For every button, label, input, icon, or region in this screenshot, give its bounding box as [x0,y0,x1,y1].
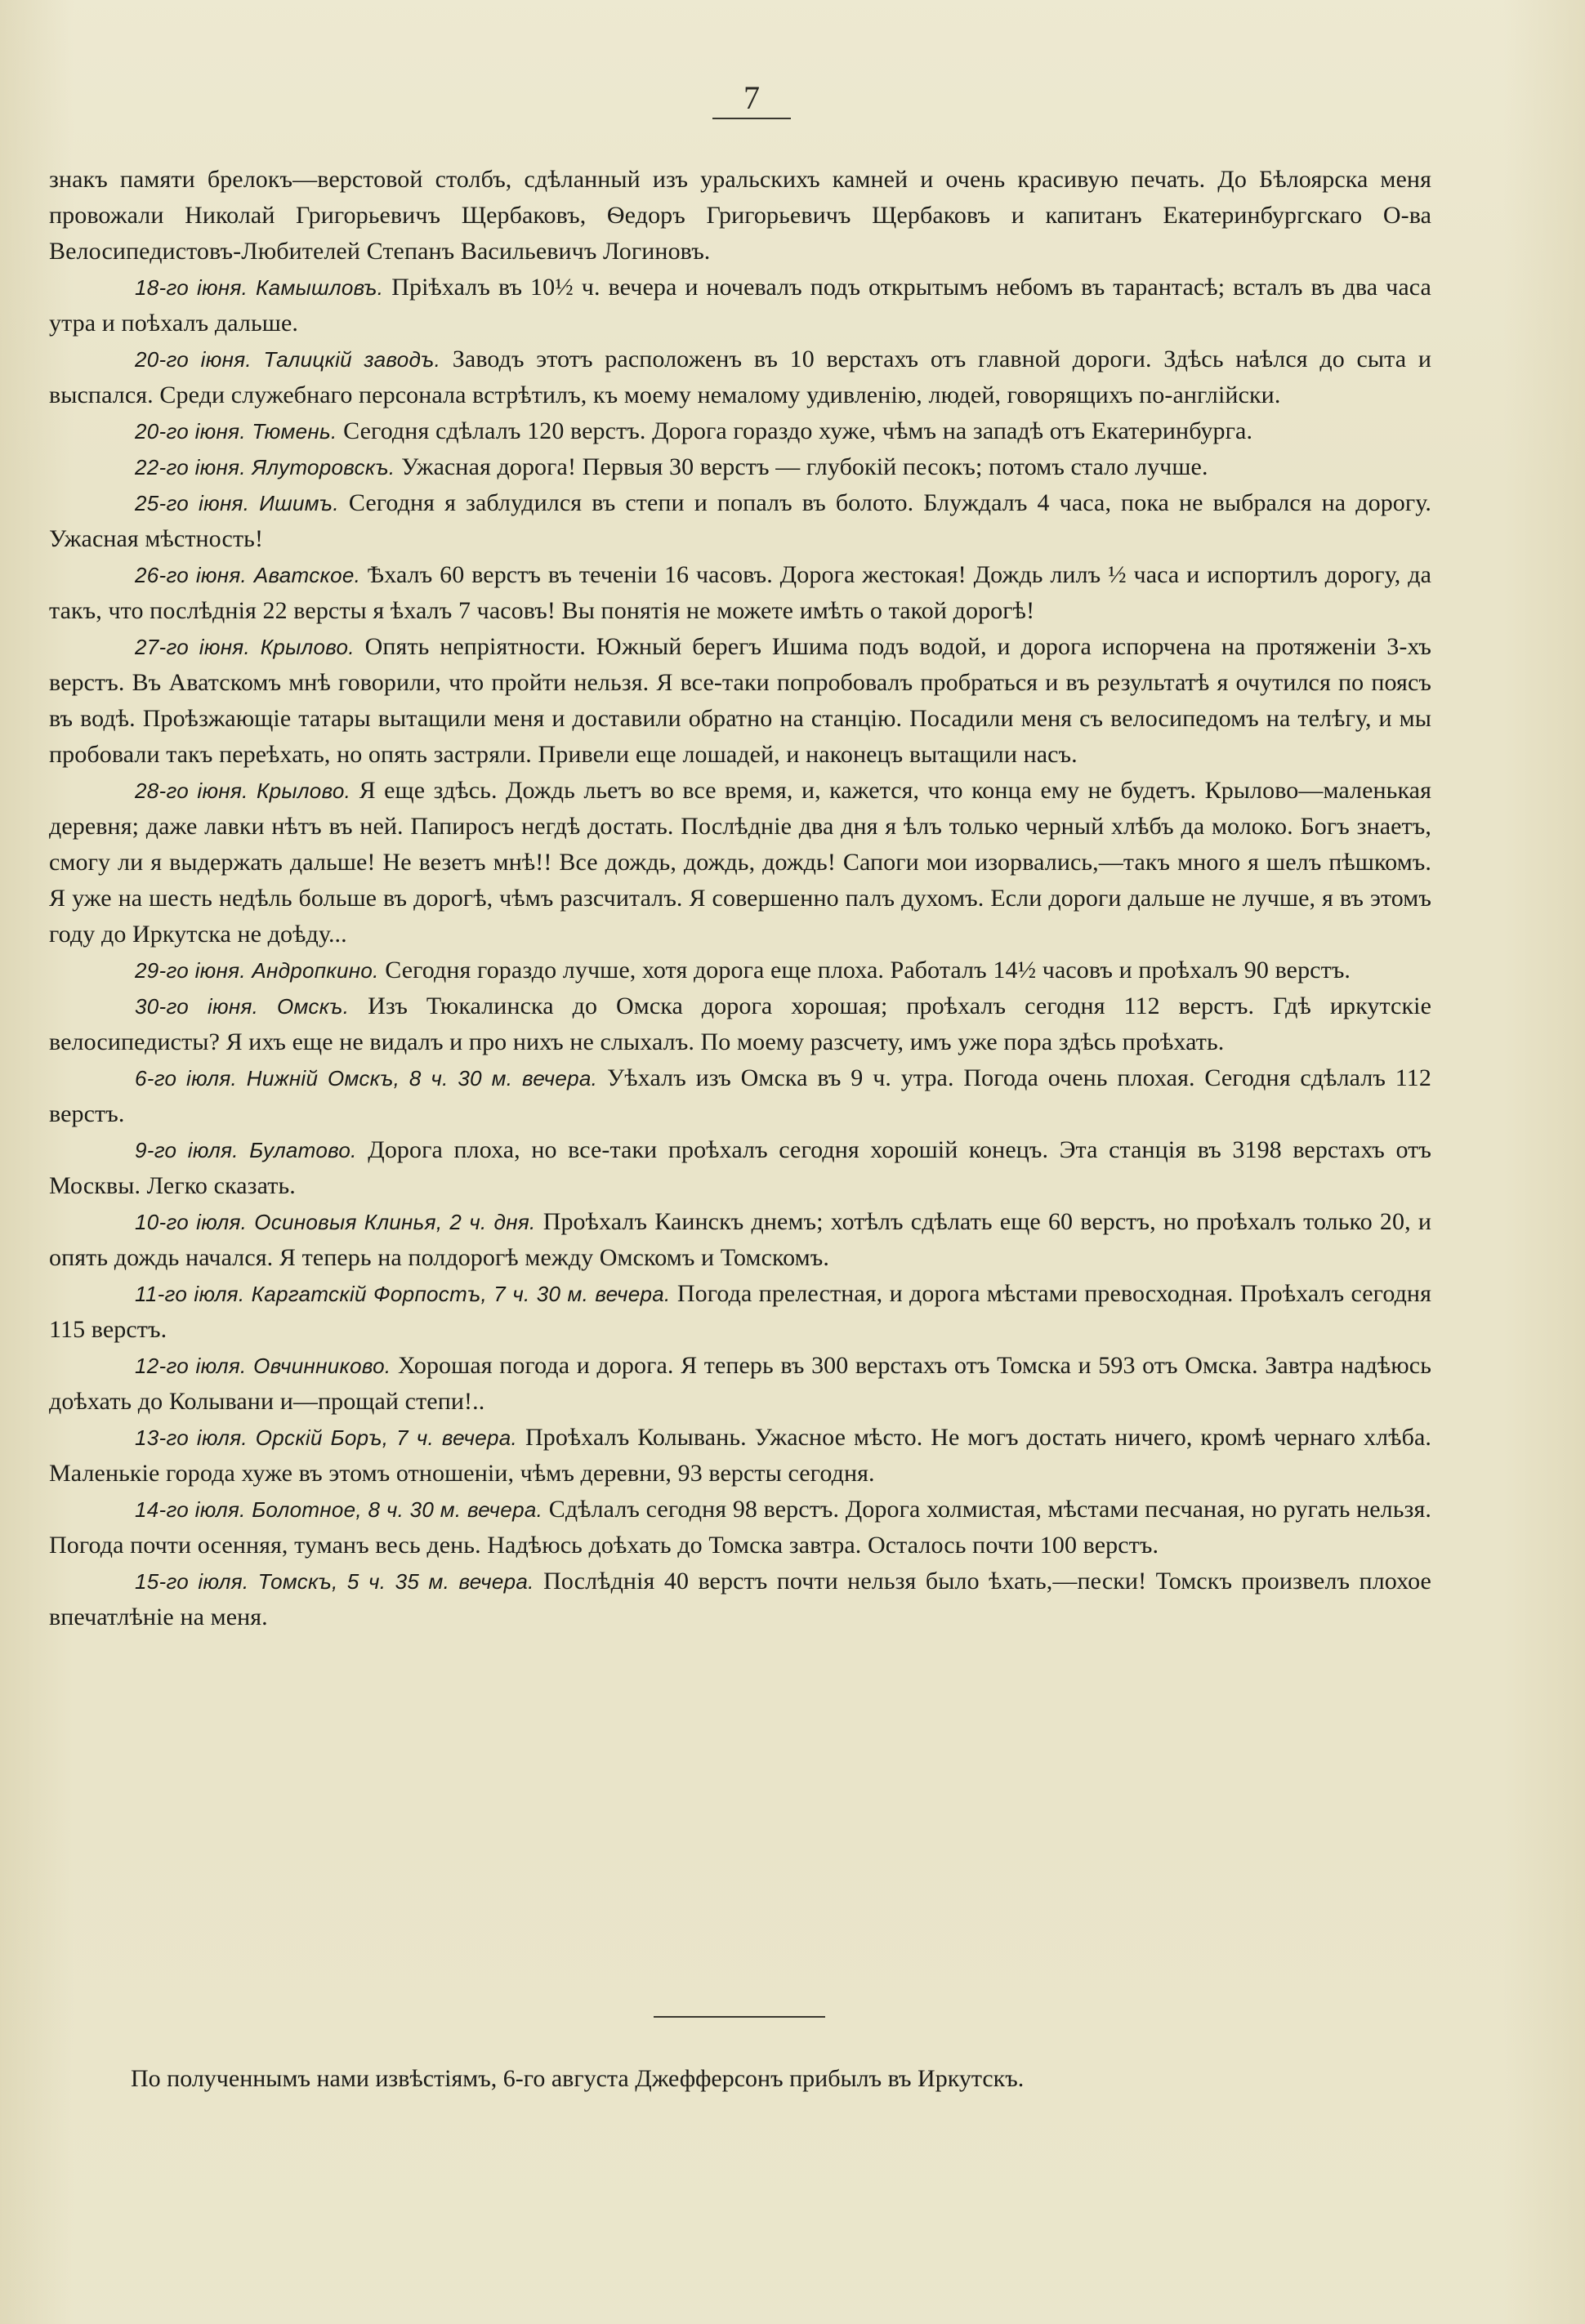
entry-text: Ужасная дорога! Первыя 30 верстъ — глубо… [401,453,1208,480]
diary-entry: 25-го іюня. Ишимъ. Сегодня я заблудился … [49,485,1431,557]
diary-entry: 9-го іюля. Булатово. Дорога плоха, но вс… [49,1132,1431,1204]
entry-text: Сегодня гораздо лучше, хотя дорога еще п… [385,957,1351,984]
page-number: 7 [701,82,802,114]
entry-heading: 10-го іюля. Осиновыя Клинья, 2 ч. дня. [135,1210,536,1234]
diary-entry: 12-го іюля. Овчинниково. Хорошая погода … [49,1348,1431,1420]
entry-heading: 22-го іюня. Ялуторовскъ. [135,455,395,480]
diary-entry: 22-го іюня. Ялуторовскъ. Ужасная дорога!… [49,449,1431,485]
entry-heading: 15-го іюля. Томскъ, 5 ч. 35 м. вечера. [135,1569,534,1594]
page-number-underline [712,118,791,119]
entry-heading: 9-го іюля. Булатово. [135,1138,357,1162]
diary-entry: 27-го іюня. Крылово. Опять непріятности.… [49,629,1431,773]
entry-heading: 20-го іюня. Тюмень. [135,419,337,444]
diary-entry: 28-го іюня. Крылово. Я еще здѣсь. Дождь … [49,773,1431,952]
entry-heading: 14-го іюля. Болотное, 8 ч. 30 м. вечера. [135,1497,542,1522]
entry-heading: 20-го іюня. Талицкій заводъ. [135,347,440,372]
diary-entry: 18-го іюня. Камышловъ. Пріѣхалъ въ 10½ ч… [49,270,1431,341]
entry-heading: 28-го іюня. Крылово. [135,778,350,803]
diary-entry: 14-го іюля. Болотное, 8 ч. 30 м. вечера.… [49,1492,1431,1563]
diary-entry: 15-го іюля. Томскъ, 5 ч. 35 м. вечера. П… [49,1563,1431,1635]
entry-heading: 12-го іюля. Овчинниково. [135,1354,391,1378]
entry-heading: 18-го іюня. Камышловъ. [135,275,383,300]
section-separator-rule [654,2016,825,2018]
entry-heading: 13-го іюля. Орскій Боръ, 7 ч. вечера. [135,1425,517,1450]
page-header: 7 [701,82,802,119]
entry-heading: 25-го іюня. Ишимъ. [135,491,339,515]
opening-paragraph: знакъ памяти брелокъ—верстовой столбъ, с… [49,162,1431,270]
diary-entry: 20-го іюня. Тюмень. Сегодня сдѣлалъ 120 … [49,413,1431,449]
entry-heading: 29-го іюня. Андропкино. [135,958,379,983]
entry-heading: 11-го іюля. Каргатскій Форпостъ, 7 ч. 30… [135,1282,671,1306]
diary-entry: 10-го іюля. Осиновыя Клинья, 2 ч. дня. П… [49,1204,1431,1276]
diary-entry: 13-го іюля. Орскій Боръ, 7 ч. вечера. Пр… [49,1420,1431,1492]
entry-heading: 27-го іюня. Крылово. [135,635,355,659]
entry-heading: 6-го іюля. Нижній Омскъ, 8 ч. 30 м. вече… [135,1066,597,1091]
closing-note: По полученнымъ нами извѣстіямъ, 6-го авг… [131,2061,1024,2097]
diary-entry: 6-го іюля. Нижній Омскъ, 8 ч. 30 м. вече… [49,1060,1431,1132]
entry-text: Сегодня сдѣлалъ 120 верстъ. Дорога гораз… [343,417,1252,444]
diary-entry: 26-го іюня. Аватское. Ѣхалъ 60 верстъ въ… [49,557,1431,629]
diary-entry: 11-го іюля. Каргатскій Форпостъ, 7 ч. 30… [49,1276,1431,1348]
entry-heading: 30-го іюня. Омскъ. [135,994,349,1019]
diary-entry: 30-го іюня. Омскъ. Изъ Тюкалинска до Омс… [49,988,1431,1060]
diary-entry: 20-го іюня. Талицкій заводъ. Заводъ этот… [49,341,1431,413]
diary-entry: 29-го іюня. Андропкино. Сегодня гораздо … [49,952,1431,988]
diary-text-body: знакъ памяти брелокъ—верстовой столбъ, с… [49,162,1431,1635]
entry-heading: 26-го іюня. Аватское. [135,563,360,587]
